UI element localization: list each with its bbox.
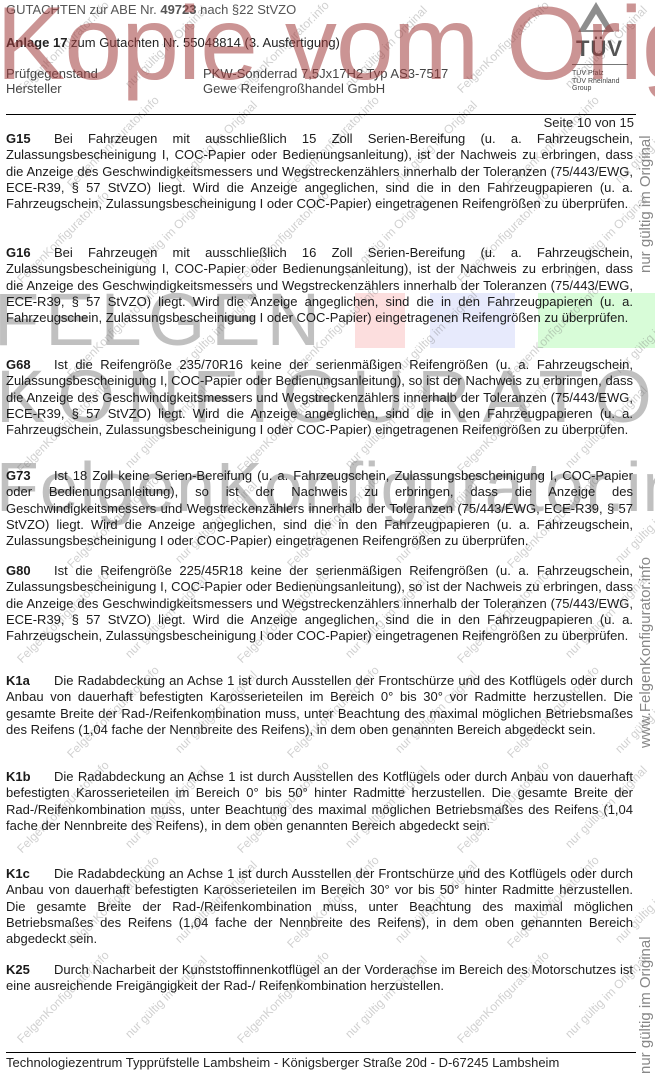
clause-code: G73: [6, 468, 54, 484]
clause-text: Die Radabdeckung an Achse 1 ist durch Au…: [6, 673, 633, 737]
side-watermark-middle: www.FelgenKonfigurator.info: [637, 557, 654, 748]
clause-k1a: K1aDie Radabdeckung an Achse 1 ist durch…: [6, 673, 633, 738]
footer-address: Technologiezentrum Typprüfstelle Lambshe…: [6, 1055, 559, 1070]
clause-code: K25: [6, 962, 54, 978]
header-divider: [6, 114, 636, 115]
clause-text: Bei Fahrzeugen mit ausschließlich 15 Zol…: [6, 131, 633, 211]
clause-code: K1a: [6, 673, 54, 689]
clause-code: K1b: [6, 769, 54, 785]
clause-k25: K25Durch Nacharbeit der Kunststoffinnenk…: [6, 962, 633, 995]
clause-code: G80: [6, 563, 54, 579]
clause-g15: G15Bei Fahrzeugen mit ausschließlich 15 …: [6, 131, 633, 212]
side-watermark-top: nur gültig im Original: [637, 135, 654, 273]
clause-code: G68: [6, 357, 54, 373]
clause-k1c: K1cDie Radabdeckung an Achse 1 ist durch…: [6, 866, 633, 947]
page-indicator: Seite 10 von 15: [544, 115, 634, 130]
clause-text: Ist die Reifengröße 235/70R16 keine der …: [6, 357, 633, 437]
clause-code: K1c: [6, 866, 54, 882]
kopie-vom-original-stamp: Kopie vom Original: [0, 0, 655, 96]
clause-g73: G73Ist 18 Zoll keine Serien-Bereifung (u…: [6, 468, 633, 549]
clause-text: Ist 18 Zoll keine Serien-Bereifung (u. a…: [6, 468, 633, 548]
clause-g16: G16Bei Fahrzeugen mit ausschließlich 16 …: [6, 245, 633, 326]
clause-g68: G68Ist die Reifengröße 235/70R16 keine d…: [6, 357, 633, 438]
clause-text: Die Radabdeckung an Achse 1 ist durch Au…: [6, 769, 633, 833]
clause-g80: G80Ist die Reifengröße 225/45R18 keine d…: [6, 563, 633, 644]
side-watermark-bottom: nur gültig im Original: [637, 936, 654, 1074]
footer-divider: [6, 1052, 636, 1053]
clause-text: Bei Fahrzeugen mit ausschließlich 16 Zol…: [6, 245, 633, 325]
clause-code: G16: [6, 245, 54, 261]
clause-text: Ist die Reifengröße 225/45R18 keine der …: [6, 563, 633, 643]
clause-text: Die Radabdeckung an Achse 1 ist durch Au…: [6, 866, 633, 946]
clause-k1b: K1bDie Radabdeckung an Achse 1 ist durch…: [6, 769, 633, 834]
clause-code: G15: [6, 131, 54, 147]
clause-text: Durch Nacharbeit der Kunststoffinnenkotf…: [6, 962, 633, 993]
